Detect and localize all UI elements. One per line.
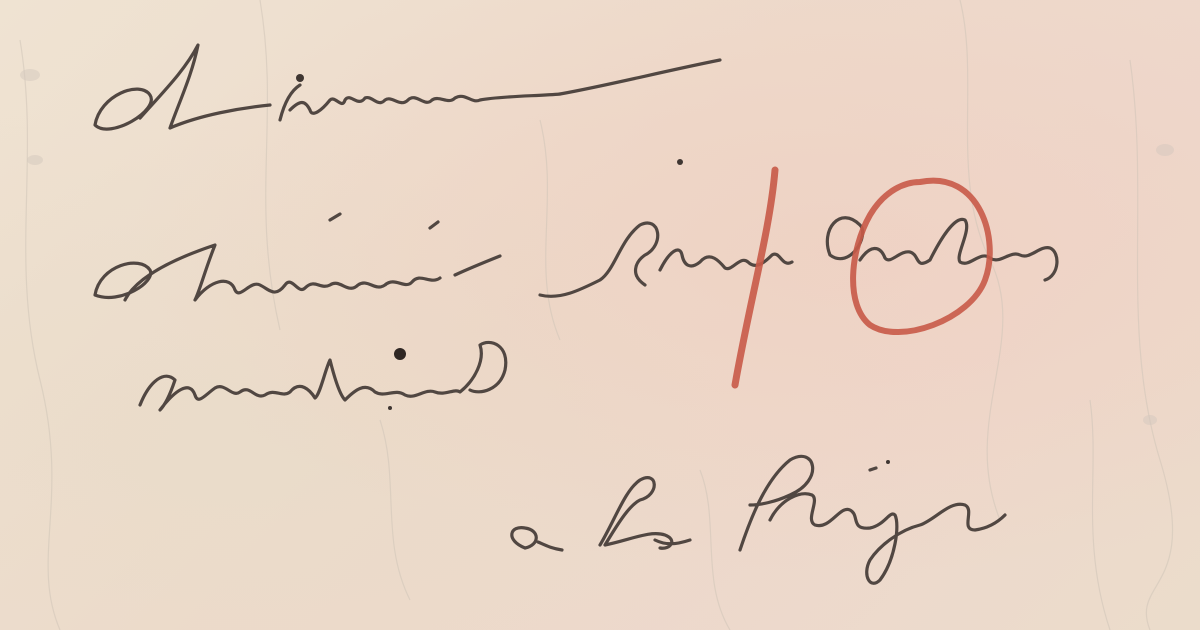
letter-paper: A Monsieur Monsieur Pierre Cadens marcha… [0,0,1200,630]
